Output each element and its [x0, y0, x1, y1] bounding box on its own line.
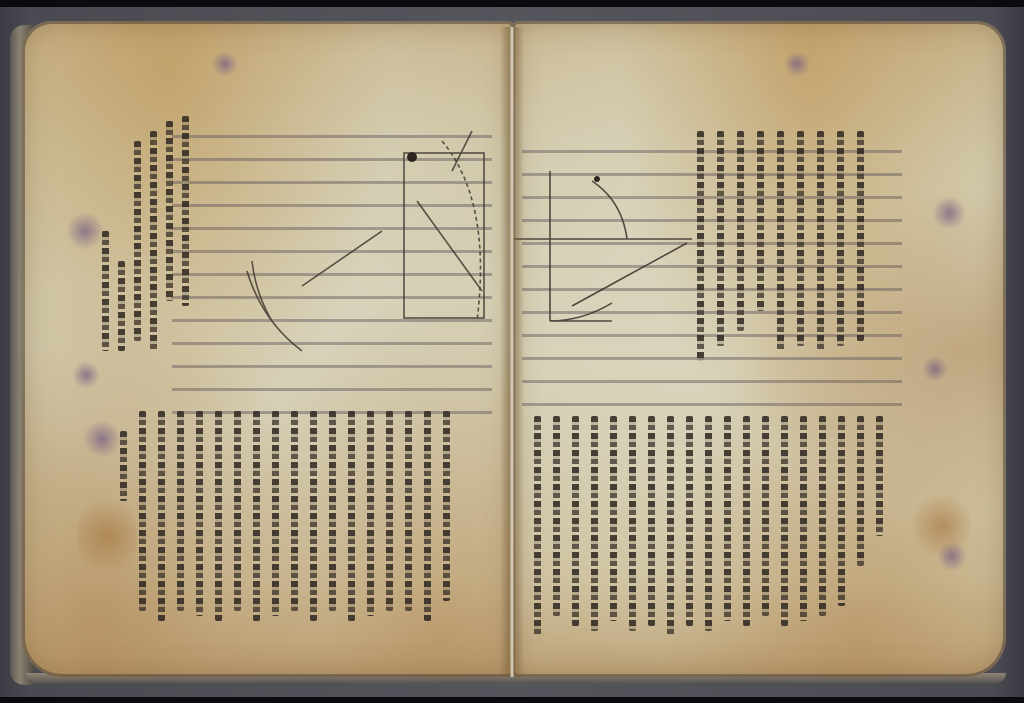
photo-background [0, 7, 1024, 697]
overtext-columns-upper [102, 131, 189, 361]
right-page [512, 21, 1006, 677]
overtext-columns-lower [120, 411, 450, 641]
overtext-columns-lower [534, 416, 883, 656]
overtext-columns-upper [697, 131, 864, 371]
book-gutter [500, 27, 524, 677]
left-page [22, 21, 514, 677]
